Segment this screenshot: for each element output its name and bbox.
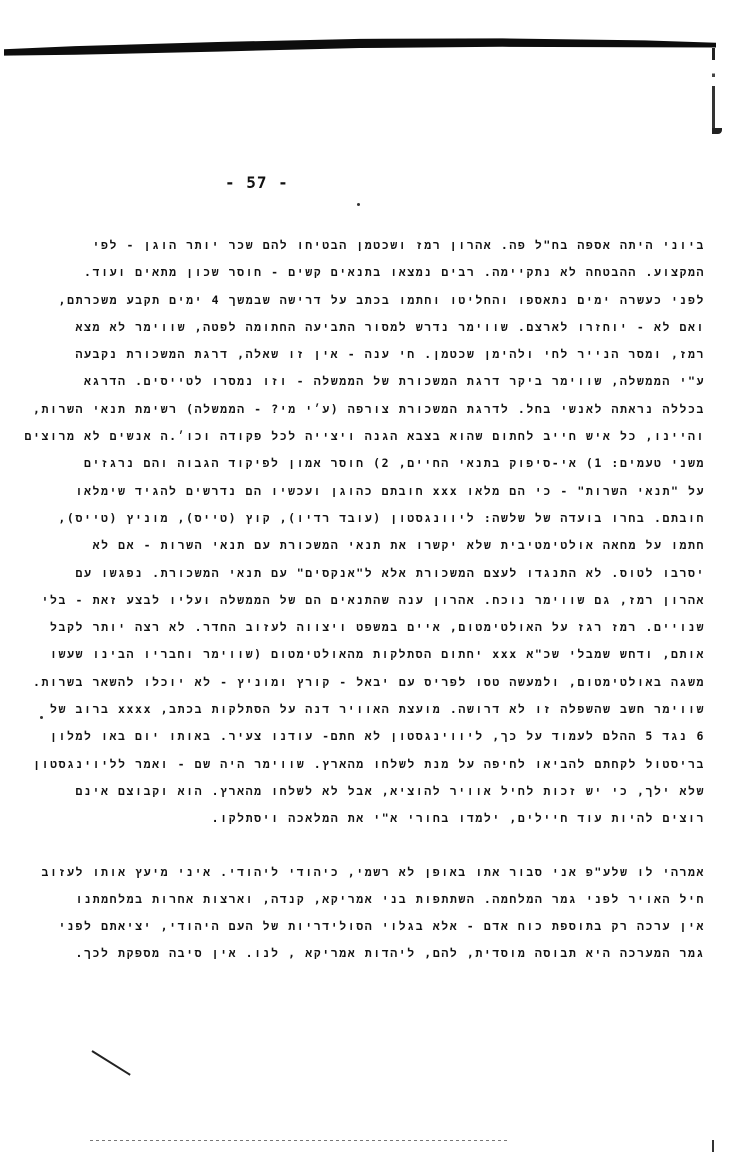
- document-body: ביוני היתה אספה בח"ל פה. אהרון רמז ושכטמ…: [160, 232, 705, 968]
- text-line: על "תנאי השרות" - כי הם מלאו xxx חובתם כ…: [160, 478, 705, 505]
- text-line: לפני כעשרה ימים נתאספו והחליטו וחתמו בכת…: [160, 287, 705, 314]
- text-line: בריסטול לקחתם להביאו לחיפה על מנת לשלחו …: [160, 751, 705, 778]
- text-line: ואם לא - יוחזרו לארצם. שווימר נדרש למסור…: [160, 314, 705, 341]
- text-line: בכללה נראתה לאנשי בחל. לדרגת המשכורת צור…: [160, 396, 705, 423]
- text-line: המקצוע. ההבטחה לא נתקיימה. רבים נמצאו בת…: [160, 259, 705, 286]
- text-line: שלא ילך, כי יש זכות לחיל אוויר להוציא, א…: [160, 778, 705, 805]
- text-line: ע"י הממשלה, שווימר ביקר דרגת המשכורת של …: [160, 368, 705, 395]
- text-line: שנויים. רמז רגז על האולטימטום, איים במשפ…: [160, 614, 705, 641]
- paragraph-1: ביוני היתה אספה בח"ל פה. אהרון רמז ושכטמ…: [160, 232, 705, 833]
- scan-edge-mark: [712, 48, 715, 133]
- text-line: חיל האויר לפני גמר המלחמה. השתתפות בני א…: [160, 886, 705, 913]
- text-line: משגה באולטימטום, ולמעשה טסו לפריס עם יבא…: [160, 669, 705, 696]
- text-line: אין ערכה רק בתוספת כוח אדם - אלא בגלוי ה…: [160, 913, 705, 940]
- text-line: אהרון רמז, גם שווימר נוכח. אהרון ענה שהת…: [160, 587, 705, 614]
- scan-edge-mark-foot: [712, 128, 722, 134]
- paragraph-2: אמרהי לו שלע"פ אני סבור אתו באופן לא רשמ…: [160, 859, 705, 968]
- text-line: רוצים להיות עוד חיילים, ילמדו בחורי א"י …: [160, 805, 705, 832]
- text-line: אותם, ודחש שמבלי שכ"א xxx יחתום הסתלקות …: [160, 641, 705, 668]
- scan-bottom-rule: [90, 1140, 510, 1141]
- text-line: אמרהי לו שלע"פ אני סבור אתו באופן לא רשמ…: [160, 859, 705, 886]
- text-line: והיינו, כל איש חייב לחתום שהוא בצבא הגנה…: [160, 423, 705, 450]
- text-line: יסרבו לטוס. לא התנגדו לעצם המשכורת אלא ל…: [160, 560, 705, 587]
- text-line: שווימר חשב שהשפלה זו לא דרושה. מועצת האו…: [160, 696, 705, 723]
- text-line: משני טעמים: 1) אי-סיפוק בתנאי החיים, 2) …: [160, 450, 705, 477]
- text-line: 6 נגד 5 ההלם לעמוד על כך, ליווינגסטון לא…: [160, 723, 705, 750]
- text-line: גמר המערכה היא תבוסה מוסדית, להם, ליהדות…: [160, 940, 705, 967]
- paragraph-gap: [160, 833, 705, 859]
- scan-speck: [40, 716, 43, 719]
- scan-dark-band: [4, 36, 716, 60]
- text-line: ביוני היתה אספה בח"ל פה. אהרון רמז ושכטמ…: [160, 232, 705, 259]
- pen-mark: [91, 1050, 130, 1076]
- text-line: חובתם. בחרו בועדה של שלשה: ליוונגסטון (ע…: [160, 505, 705, 532]
- text-line: רמז, ומסר הנייר לחי ולהימן שכטמן. חי ענה…: [160, 341, 705, 368]
- page-number: - 57 -: [225, 173, 289, 192]
- scan-edge-tick: [712, 1140, 714, 1152]
- scan-speck: [357, 203, 360, 206]
- text-line: חתמו על מחאה אולטימטיבית שלא יקשרו את תנ…: [160, 532, 705, 559]
